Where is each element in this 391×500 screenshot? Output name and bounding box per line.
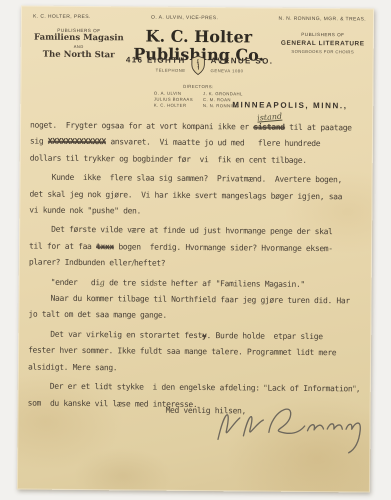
street-left: 416 EIGHTH [126, 55, 186, 65]
typed-text: "ender di [51, 277, 100, 286]
director: J. K. GRONDAHL [203, 91, 243, 96]
typed-line: dollars til trykker og bogbinder før vi … [30, 150, 367, 169]
typed-text: til for at faa [29, 241, 96, 251]
handwritten-correction: istand [257, 112, 283, 123]
struck-out-text: XXXXXXXXXXXXX [48, 137, 106, 147]
typed-text: Lack of Information [267, 384, 352, 394]
typed-text: de tre sid [105, 278, 154, 287]
street-right: AVENUE SO. [211, 56, 274, 66]
typed-text: det skal jeg nok gjøre. Vi har ikke sver… [29, 189, 342, 201]
director: JULIUS BORAAS [154, 96, 193, 101]
shield-crest-icon [191, 55, 206, 76]
letter-photo: K. C. HOLTER, PRES. O. A. ULVIN, VICE-PR… [0, 0, 391, 500]
publishers-of-right: PUBLISHERS OF [280, 32, 366, 38]
signature-n-n-ronning: N. N. Ronning [212, 397, 373, 456]
struck-out-text: y [202, 331, 207, 340]
typed-text: ansvaret. Vi maatte jo ud med flere hund… [106, 138, 320, 149]
typed-text: Naar du kommer tilbage til Northfield fa… [51, 294, 350, 306]
typed-text: noget. Frygter ogsaa for at vort kompani… [30, 121, 253, 132]
typed-text: vi kunde nok "pushe" den. [29, 206, 141, 216]
struck-out-text: txxx [96, 242, 114, 251]
general-literature-label: GENERAL LITERATURE [280, 40, 366, 48]
songbooks-label: SONGBOOKS FOR CHOIRS [280, 49, 366, 55]
phone-label: TELEPHONE [156, 68, 186, 73]
typed-text: heftet? [134, 259, 165, 268]
typed-text: alsidigt. Mere sang. [28, 362, 117, 372]
letter-body: noget. Frygter ogsaa for at vort kompani… [28, 118, 368, 415]
typed-text: Kunde ikke flere slaa sig sammen? Privat… [52, 173, 342, 185]
struck-out-text: sistandistand [253, 123, 284, 132]
officers-row: K. C. HOLTER, PRES. O. A. ULVIN, VICE-PR… [33, 14, 366, 23]
typed-text: dollars til trykker og bogbinder før vi … [30, 153, 307, 164]
officer-left: K. C. HOLTER, PRES. [33, 14, 91, 21]
typed-line: jo talt om det saa mange gange. [28, 307, 365, 326]
publishers-right-block: PUBLISHERS OF GENERAL LITERATURE SONGBOO… [280, 32, 366, 55]
typed-line: plarer? Indbunden eller/heftet? [29, 255, 366, 274]
directors-label: DIRECTORS: [134, 83, 262, 89]
typed-text: plarer? Indbunden eller [29, 258, 132, 268]
officer-center: O. A. ULVIN, VICE-PRES. [151, 15, 218, 22]
typed-line: vi kunde nok "pushe" den. [29, 203, 366, 222]
typed-text: Der er et lidt stykke i den engelske afd… [50, 382, 264, 393]
officer-right: N. N. RONNING, MGR. & TREAS. [278, 16, 366, 23]
typed-text: bogen ferdig. Hvormange sider? Hvormange… [114, 242, 333, 253]
letter-paper: K. C. HOLTER, PRES. O. A. ULVIN, VICE-PR… [17, 5, 374, 492]
typed-text: fester hver sommer. Ikke fuldt saa mange… [28, 346, 336, 358]
typed-line: alsidigt. Mere sang. [28, 359, 365, 378]
typed-text: sig [30, 137, 48, 146]
typed-text: til at paatage [285, 123, 352, 133]
director: O. A. ULVIN [154, 90, 193, 95]
typed-text: . Burde holde etpar slige [207, 331, 323, 341]
address-row: 416 EIGHTH TELEPHONE AVENUE SO. GENEVA 1… [125, 55, 275, 76]
typed-text: Det var virkelig en storartet fest [50, 330, 202, 340]
phone-value: GENEVA 1080 [211, 68, 244, 73]
typed-text: te hefter af "Familiens Magasin." [157, 278, 304, 288]
typed-text: jo talt om det saa mange gange. [28, 310, 167, 320]
typed-text: Det første vilde være at finde ud just h… [51, 225, 332, 236]
director: K. C. HOLTER [154, 102, 193, 107]
city-dateline: MINNEAPOLIS, MINN., [232, 100, 347, 110]
